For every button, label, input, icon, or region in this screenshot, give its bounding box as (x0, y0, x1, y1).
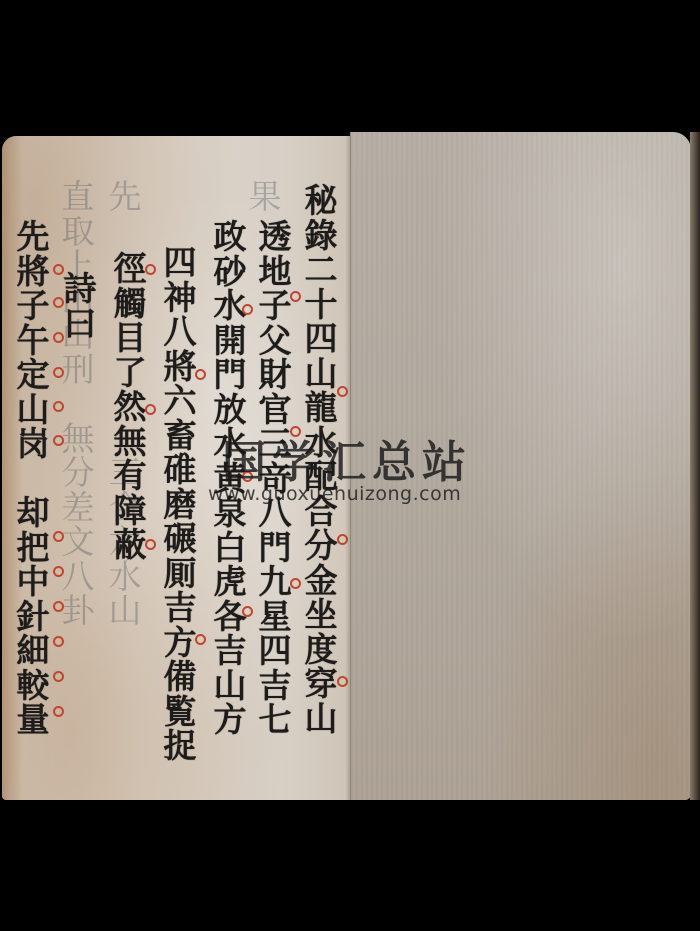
text-column-6-poem-heading: 詩 曰 (57, 272, 103, 341)
watermark-url: www.guoxuehuizong.com (208, 483, 461, 505)
red-circle-mark (145, 539, 156, 550)
red-circle-mark (53, 566, 64, 577)
red-circle-mark (290, 291, 301, 302)
watermark-title: 国学汇总站 (222, 426, 472, 490)
ghost-column: 果 (242, 180, 288, 215)
red-circle-mark (145, 264, 156, 275)
red-circle-mark (145, 404, 156, 415)
red-circle-mark (53, 367, 64, 378)
red-circle-mark (53, 531, 64, 542)
red-circle-mark (53, 401, 64, 412)
red-circle-mark (242, 606, 253, 617)
red-circle-mark (53, 297, 64, 308)
red-circle-mark (195, 369, 206, 380)
red-circle-mark (242, 304, 253, 315)
text-column-4: 四 神 八 將 六 畜 碓 磨 碾 厠 吉 方 備 覧 捉 (157, 246, 203, 764)
red-circle-mark (53, 332, 64, 343)
ghost-column: 先 (102, 180, 148, 215)
page-edge (690, 132, 700, 800)
red-circle-mark (53, 264, 64, 275)
red-circle-mark (53, 636, 64, 647)
character: 秘 (305, 184, 338, 219)
red-circle-mark (53, 435, 64, 446)
text-column-7-poem: 先 將 子 午 定 山 岗 却 把 中 針 細 較 量 (10, 220, 56, 738)
red-circle-mark (195, 634, 206, 645)
red-circle-mark (53, 601, 64, 612)
red-circle-mark (53, 671, 64, 682)
red-circle-mark (53, 706, 64, 717)
top-black-bar (0, 0, 700, 132)
bottom-black-bar (0, 800, 700, 931)
red-circle-mark (290, 578, 301, 589)
